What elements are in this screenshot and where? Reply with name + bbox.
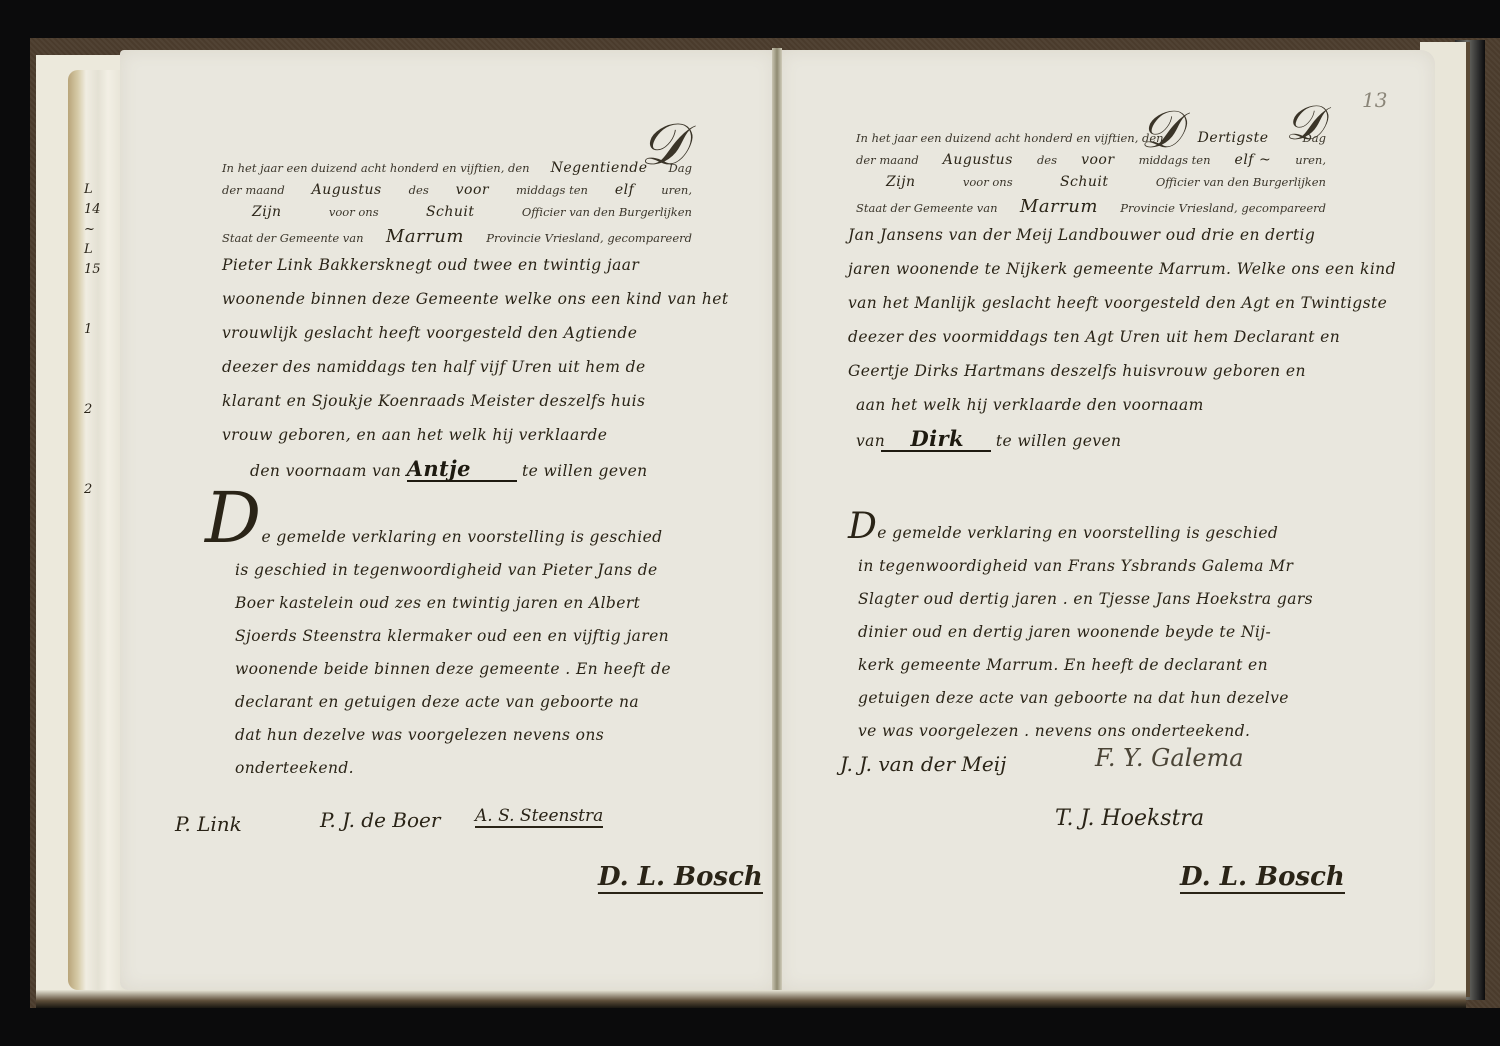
signature-witness-1: P. J. de Boer: [320, 808, 440, 832]
folio-number: 13: [1362, 88, 1387, 112]
printed-text: middags ten: [1139, 153, 1211, 167]
printed-text: Staat der Gemeente van: [222, 231, 364, 245]
handwritten-hour: elf ~: [1235, 152, 1272, 168]
printed-text: middags ten: [516, 183, 588, 197]
handwritten-text: van: [856, 432, 885, 450]
handwritten-text: den voornaam van: [250, 462, 401, 480]
handwritten-voor-na: voor: [456, 182, 489, 198]
printed-text: der maand: [222, 183, 285, 197]
handwritten-text: te willen geven: [522, 462, 648, 480]
handwritten-line: Pieter Link Bakkersknegt oud twee en twi…: [222, 248, 692, 282]
printed-text: voor ons: [963, 175, 1013, 189]
handwritten-line: onderteekend.: [205, 752, 705, 785]
book-bottom-edge: [36, 990, 1466, 1008]
printed-text: voor ons: [329, 205, 379, 219]
signature-officer: D. L. Bosch: [1180, 862, 1345, 894]
printed-line-1: In het jaar een duizend acht honderd en …: [856, 130, 1326, 152]
declaration-line-first: De gemelde verklaring en voorstelling is…: [848, 512, 1338, 550]
handwritten-line: van het Manlijk geslacht heeft voorgeste…: [848, 286, 1326, 320]
child-name: Antje: [407, 452, 517, 482]
signature-witness-1: F. Y. Galema: [1095, 744, 1244, 772]
handwritten-line: jaren woonende te Nijkerk gemeente Marru…: [848, 252, 1326, 286]
handwritten-verb: Zijn: [252, 204, 282, 220]
margin-note: L: [84, 180, 104, 200]
handwritten-day: Negentiende: [551, 160, 648, 176]
margin-index-notes: L 14 ~ L 15 1 2 2: [84, 180, 104, 500]
printed-line-1: In het jaar een duizend acht honderd en …: [222, 160, 692, 182]
signature-father: P. Link: [175, 812, 242, 836]
handwritten-voor-na: voor: [1081, 152, 1114, 168]
signature-witness-2: A. S. Steenstra: [475, 806, 603, 828]
child-name: Dirk: [911, 422, 991, 452]
printed-line-4: Staat der Gemeente van Marrum Provincie …: [856, 196, 1326, 218]
handwritten-line: Slagter oud dertig jaren . en Tjesse Jan…: [848, 583, 1338, 616]
handwritten-text: e gemelde verklaring en voorstelling is …: [877, 524, 1278, 542]
handwritten-line: Jan Jansens van der Meij Landbouwer oud …: [848, 218, 1326, 252]
margin-note: 14: [84, 200, 104, 220]
printed-text: der maand: [856, 153, 919, 167]
handwritten-line: vrouw geboren, en aan het welk hij verkl…: [222, 418, 692, 452]
handwritten-line: declarant en getuigen deze acte van gebo…: [205, 686, 705, 719]
printed-text: In het jaar een duizend acht honderd en …: [856, 131, 1164, 145]
child-name-text: Dirk: [911, 426, 964, 451]
handwritten-line: woonende binnen deze Gemeente welke ons …: [222, 282, 692, 316]
child-name-line: van Dirk te willen geven: [856, 422, 1326, 458]
margin-note: 1: [84, 320, 104, 340]
printed-line-3: Zijn voor ons Schuit Officier van den Bu…: [222, 204, 692, 226]
birth-record-right: In het jaar een duizend acht honderd en …: [856, 130, 1326, 458]
handwritten-line: deezer des voormiddags ten Agt Uren uit …: [848, 320, 1326, 354]
printed-text: Staat der Gemeente van: [856, 201, 998, 215]
printed-text: Officier van den Burgerlijken: [1156, 175, 1326, 189]
handwritten-text: e gemelde verklaring en voorstelling is …: [262, 528, 663, 546]
handwritten-line: kerk gemeente Marrum. En heeft de declar…: [848, 649, 1338, 682]
handwritten-line: ve was voorgelezen . nevens ons ondertee…: [848, 715, 1338, 748]
declaration-left: De gemelde verklaring en voorstelling is…: [205, 488, 705, 785]
declaration-line-first: De gemelde verklaring en voorstelling is…: [205, 488, 705, 554]
handwritten-municipality: Marrum: [386, 226, 464, 247]
child-name-line: den voornaam van Antje te willen geven: [222, 452, 692, 488]
handwritten-line: Sjoerds Steenstra klermaker oud een en v…: [205, 620, 705, 653]
handwritten-line: vrouwlijk geslacht heeft voorgesteld den…: [222, 316, 692, 350]
handwritten-line: klarant en Sjoukje Koenraads Meister des…: [222, 384, 692, 418]
printed-line-2: der maand Augustus des voor middags ten …: [222, 182, 692, 204]
signature-officer: D. L. Bosch: [598, 862, 763, 894]
signature-father: J. J. van der Meij: [840, 752, 1006, 776]
handwritten-line: Geertje Dirks Hartmans deszelfs huisvrou…: [848, 354, 1326, 388]
decorative-initial: D: [205, 488, 262, 548]
printed-text: In het jaar een duizend acht honderd en …: [222, 161, 530, 175]
handwritten-month: Augustus: [312, 182, 382, 198]
handwritten-line: deezer des namiddags ten half vijf Uren …: [222, 350, 692, 384]
handwritten-text: te willen geven: [996, 432, 1122, 450]
handwritten-line: is geschied in tegenwoordigheid van Piet…: [205, 554, 705, 587]
printed-text: Dag: [1303, 131, 1326, 145]
printed-line-4: Staat der Gemeente van Marrum Provincie …: [222, 226, 692, 248]
margin-note: 15: [84, 260, 104, 280]
handwritten-line: dat hun dezelve was voorgelezen nevens o…: [205, 719, 705, 752]
printed-text: uren,: [661, 183, 692, 197]
handwritten-line: getuigen deze acte van geboorte na dat h…: [848, 682, 1338, 715]
signature-witness-2: T. J. Hoekstra: [1055, 806, 1204, 831]
handwritten-day: Dertigste: [1198, 130, 1269, 146]
margin-note: L: [84, 240, 104, 260]
printed-text: Officier van den Burgerlijken: [522, 205, 692, 219]
printed-text: Provincie Vriesland, gecompareerd: [486, 231, 692, 245]
printed-text: des: [409, 183, 429, 197]
handwritten-municipality: Marrum: [1020, 196, 1098, 217]
printed-text: des: [1037, 153, 1057, 167]
handwritten-line: dinier oud en dertig jaren woonende beyd…: [848, 616, 1338, 649]
handwritten-line: aan het welk hij verklaarde den voornaam: [856, 388, 1326, 422]
handwritten-line: in tegenwoordigheid van Frans Ysbrands G…: [848, 550, 1338, 583]
birth-record-left: In het jaar een duizend acht honderd en …: [222, 160, 692, 488]
printed-text: Dag: [669, 161, 692, 175]
printed-text: uren,: [1295, 153, 1326, 167]
handwritten-month: Augustus: [943, 152, 1013, 168]
margin-note: ~: [84, 220, 104, 240]
handwritten-officer: Schuit: [1060, 174, 1109, 190]
handwritten-hour: elf: [615, 182, 634, 198]
handwritten-line: woonende beide binnen deze gemeente . En…: [205, 653, 705, 686]
margin-note: 2: [84, 400, 104, 420]
handwritten-line: Boer kastelein oud zes en twintig jaren …: [205, 587, 705, 620]
printed-text: Provincie Vriesland, gecompareerd: [1120, 201, 1326, 215]
handwritten-officer: Schuit: [426, 204, 475, 220]
child-name-text: Antje: [407, 456, 471, 481]
decorative-initial: D: [848, 512, 877, 542]
margin-note: 2: [84, 480, 104, 500]
book-gutter: [772, 48, 782, 992]
handwritten-verb: Zijn: [886, 174, 916, 190]
printed-line-3: Zijn voor ons Schuit Officier van den Bu…: [856, 174, 1326, 196]
printed-line-2: der maand Augustus des voor middags ten …: [856, 152, 1326, 174]
declaration-right: De gemelde verklaring en voorstelling is…: [848, 512, 1338, 748]
